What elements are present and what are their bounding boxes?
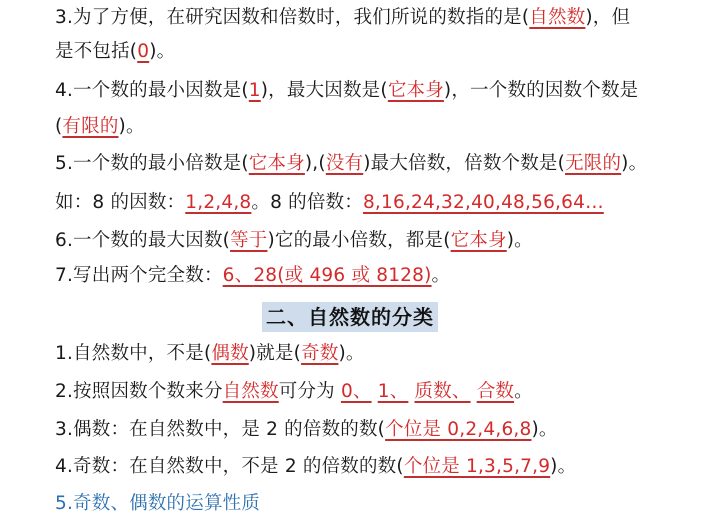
- example-line: 如：8 的因数：1,2,4,8。8 的倍数：8,16,24,32,40,48,5…: [55, 190, 604, 216]
- text: 4.一个数的最小因数是(: [55, 80, 249, 101]
- answer-blank: 8,16,24,32,40,48,56,64…: [363, 192, 604, 213]
- text: 6.一个数的最大因数(: [55, 230, 230, 251]
- item-7-line: 7.写出两个完全数：6、28(或 496 或 8128)。: [55, 263, 450, 289]
- text: )。: [149, 41, 175, 62]
- text: 是不包括(: [55, 41, 137, 62]
- text: 如：8 的因数：: [55, 192, 185, 213]
- text: 4.奇数：在自然数中，不是 2 的倍数的数(: [55, 456, 404, 477]
- text: 可分为: [279, 381, 341, 402]
- text: 2.按照因数个数来分: [55, 381, 223, 402]
- text: )。: [507, 230, 533, 251]
- answer-blank: 个位是 1,3,5,7,9: [404, 456, 550, 477]
- answer-blank: 等于: [230, 230, 267, 251]
- answer-blank: 自然数: [223, 381, 279, 402]
- text: 。: [514, 381, 533, 402]
- text: )就是(: [249, 343, 301, 364]
- text: 3.偶数：在自然数中，是 2 的倍数的数(: [55, 419, 385, 440]
- text: )最大倍数，倍数个数是(: [363, 153, 565, 174]
- answer-blank: 它本身: [249, 153, 305, 174]
- answer-blank: 奇数: [301, 343, 338, 364]
- answer-blank: 6、: [223, 265, 254, 286]
- answer-blank: 1,2,4,8: [185, 192, 251, 213]
- item-4-line: 4.一个数的最小因数是(1)，最大因数是(它本身)，一个数的因数个数是: [55, 78, 638, 104]
- text: 1.自然数中，不是(: [55, 343, 211, 364]
- text: )，一个数的因数个数是: [444, 80, 638, 101]
- text: )它的最小倍数，都是(: [267, 230, 450, 251]
- text: )。: [338, 343, 364, 364]
- section-heading: 二、自然数的分类: [262, 302, 438, 332]
- text: ),(: [305, 153, 326, 174]
- text: 5.一个数的最小倍数是(: [55, 153, 249, 174]
- answer-blank: 没有: [326, 153, 363, 174]
- subheading: 5.奇数、偶数的运算性质: [55, 491, 260, 517]
- answer-blank: 无限的: [565, 153, 621, 174]
- answer-blank: 它本身: [451, 230, 507, 251]
- answer-blank: 合数: [477, 381, 514, 402]
- answer-blank: 它本身: [388, 80, 444, 101]
- text: 。: [432, 265, 451, 286]
- text: )，但: [585, 7, 630, 28]
- item-3-line: 3.为了方便，在研究因数和倍数时，我们所说的数指的是(自然数)，但: [55, 5, 630, 31]
- s2-item-2-line: 2.按照因数个数来分自然数可分为 0、 1、 质数、 合数。: [55, 379, 533, 405]
- answer-blank: 0、: [341, 381, 372, 402]
- answer-blank: 自然数: [529, 7, 585, 28]
- s2-item-3-line: 3.偶数：在自然数中，是 2 的倍数的数(个位是 0,2,4,6,8)。: [55, 417, 558, 443]
- answer-blank: 1: [249, 80, 261, 101]
- text: 3.为了方便，在研究因数和倍数时，我们所说的数指的是(: [55, 7, 529, 28]
- text: )。: [550, 456, 576, 477]
- answer-blank: 偶数: [211, 343, 248, 364]
- answer-blank: 质数、: [414, 381, 470, 402]
- s2-item-4-line: 4.奇数：在自然数中，不是 2 的倍数的数(个位是 1,3,5,7,9)。: [55, 454, 576, 480]
- text: )，最大因数是(: [261, 80, 388, 101]
- s2-item-1-line: 1.自然数中，不是(偶数)就是(奇数)。: [55, 341, 365, 367]
- text: )。: [119, 116, 145, 137]
- text: )。: [531, 419, 557, 440]
- text: 7.写出两个完全数：: [55, 265, 223, 286]
- answer-blank: 1、: [378, 381, 409, 402]
- answer-blank: 0: [137, 41, 149, 62]
- item-5-line: 5.一个数的最小倍数是(它本身),(没有)最大倍数，倍数个数是(无限的)。: [55, 151, 647, 177]
- text: )。: [621, 153, 647, 174]
- item-4-line-cont: (有限的)。: [55, 114, 145, 140]
- answer-blank: 28(或 496 或 8128): [253, 265, 431, 286]
- item-6-line: 6.一个数的最大因数(等于)它的最小倍数，都是(它本身)。: [55, 228, 533, 254]
- text: 。8 的倍数：: [251, 192, 363, 213]
- answer-blank: 个位是 0,2,4,6,8: [385, 419, 531, 440]
- answer-blank: 有限的: [62, 116, 118, 137]
- item-3-line-cont: 是不包括(0)。: [55, 39, 175, 65]
